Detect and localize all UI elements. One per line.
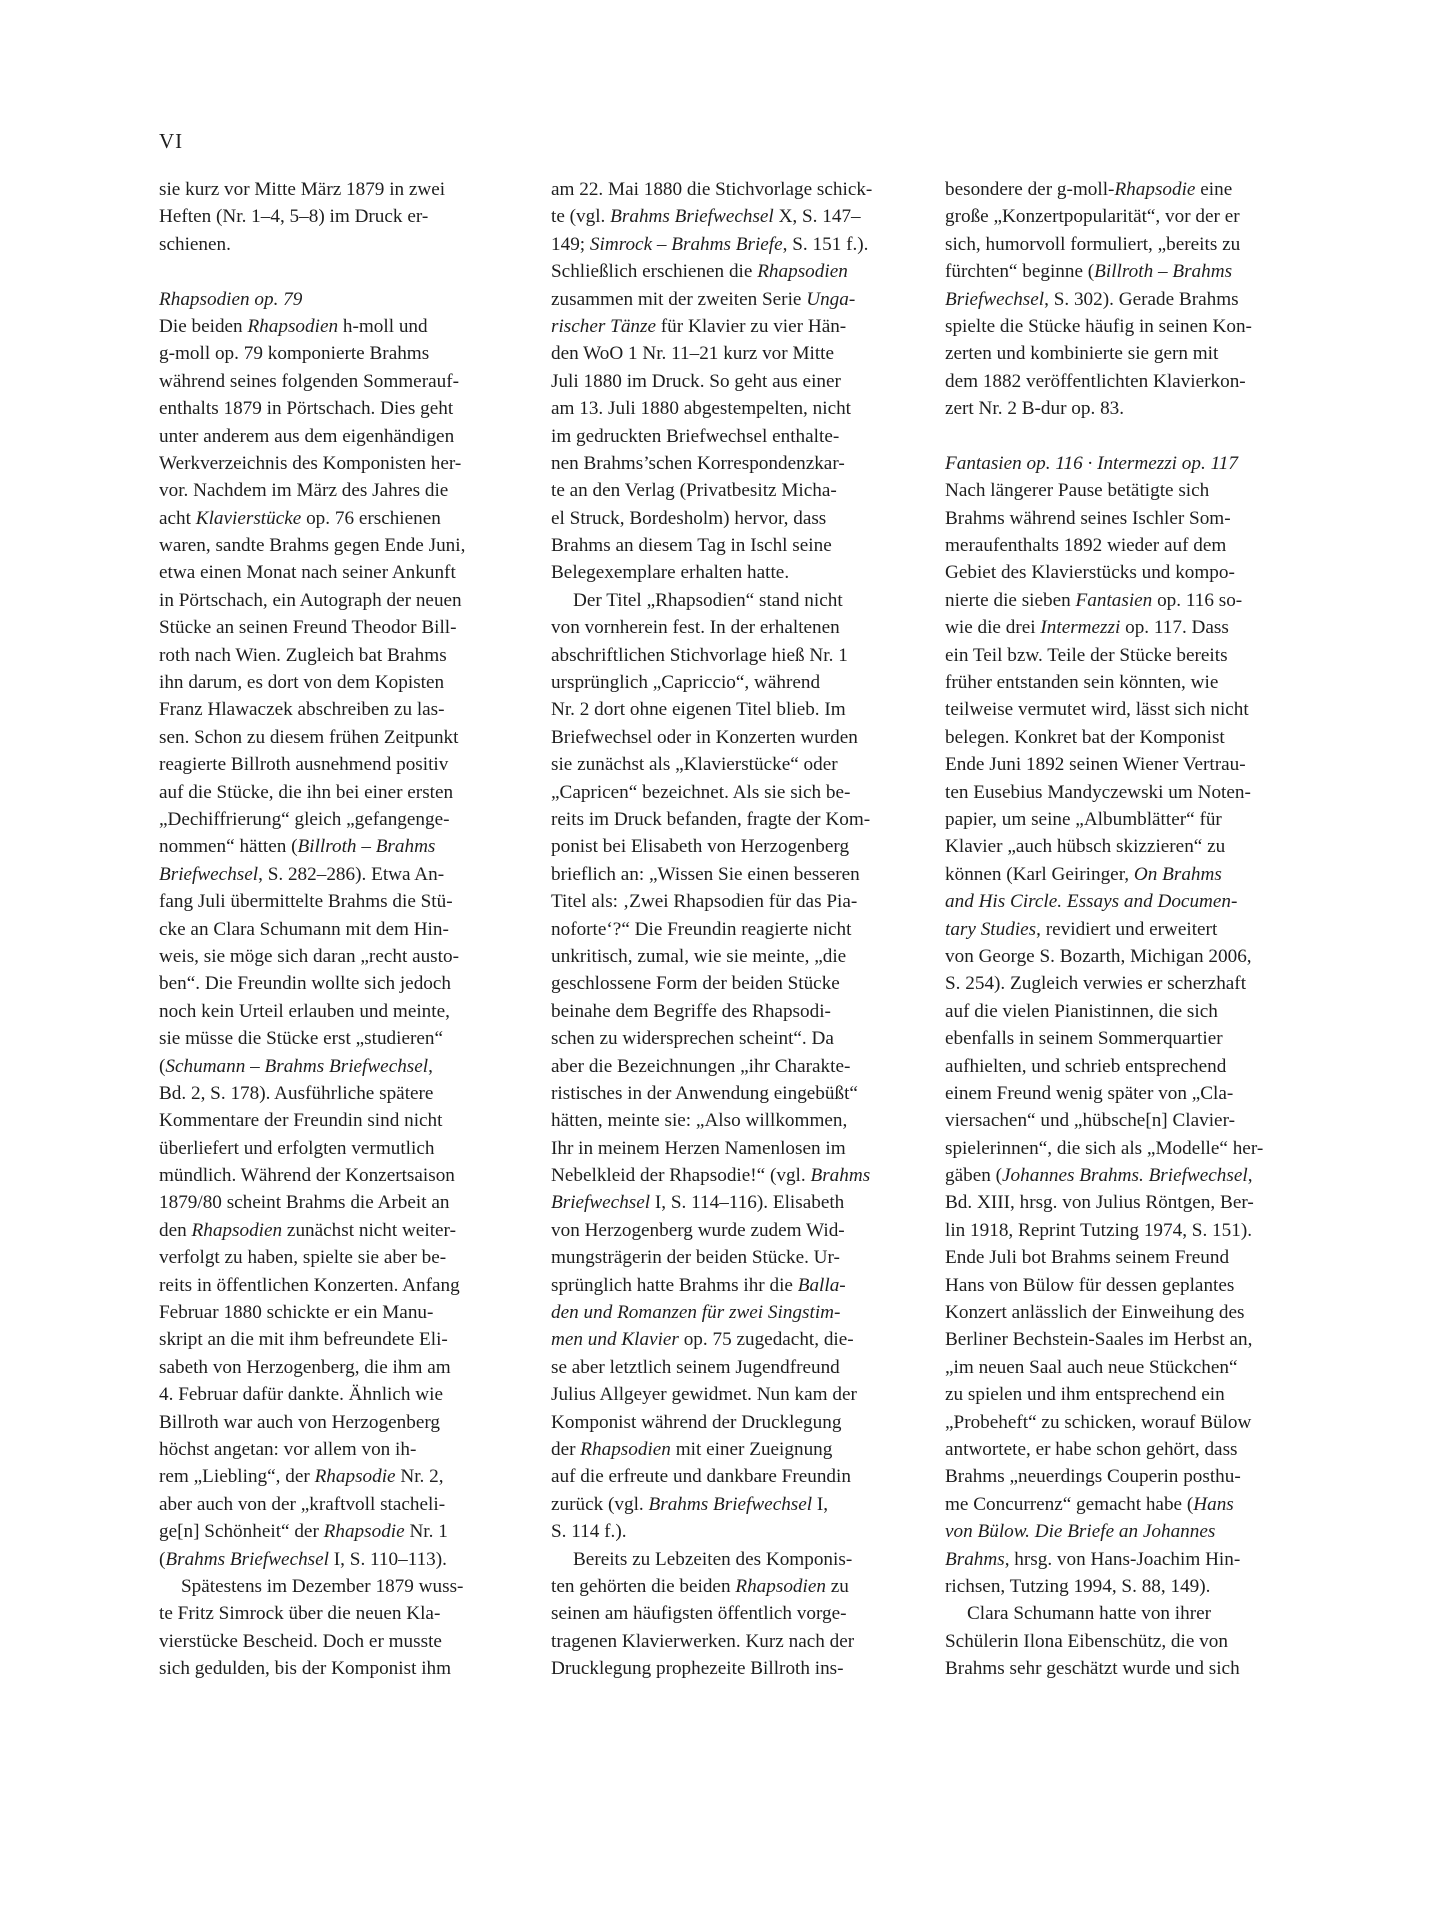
body-text: noch kein Urteil erlauben und meinte, — [159, 1001, 450, 1022]
text-line: ponist bei Elisabeth von Herzogenberg — [551, 833, 926, 860]
text-line: sich gedulden, bis der Komponist ihm — [159, 1655, 534, 1682]
body-text: sie zunächst als „Klavierstücke“ oder — [551, 754, 838, 775]
body-text: reits im Druck befanden, fragte der Kom- — [551, 809, 870, 830]
body-text: Ihr in meinem Herzen Namenlosen im — [551, 1138, 846, 1159]
body-text: 149; — [551, 234, 590, 255]
body-text: Der Titel „Rhapsodien“ stand nicht — [573, 590, 843, 611]
text-line: me Concurrenz“ gemacht habe (Hans — [945, 1491, 1320, 1518]
text-line: auf die erfreute und dankbare Freundin — [551, 1463, 926, 1490]
text-line: waren, sandte Brahms gegen Ende Juni, — [159, 532, 534, 559]
text-line: Titel als: ‚Zwei Rhapsodien für das Pia- — [551, 888, 926, 915]
body-text: , revidiert und erweitert — [1036, 919, 1217, 940]
text-line: Briefwechsel oder in Konzerten wurden — [551, 724, 926, 751]
text-line: ristisches in der Anwendung eingebüßt“ — [551, 1080, 926, 1107]
text-line: 1879/80 scheint Brahms die Arbeit an — [159, 1189, 534, 1216]
text-line: belegen. Konkret bat der Komponist — [945, 724, 1320, 751]
text-line: verfolgt zu haben, spielte sie aber be- — [159, 1244, 534, 1271]
text-line: Nach längerer Pause betätigte sich — [945, 477, 1320, 504]
italic-text: Brahms — [945, 1549, 1005, 1570]
text-line: unter anderem aus dem eigenhändigen — [159, 423, 534, 450]
body-text: während seines folgenden Sommerauf- — [159, 371, 459, 392]
body-text: höchst angetan: vor allem von ih- — [159, 1439, 416, 1460]
text-line: weis, sie möge sich daran „recht austo- — [159, 943, 534, 970]
body-text: nen Brahms’schen Korrespondenzkar- — [551, 453, 845, 474]
text-line: Stücke an seinen Freund Theodor Bill- — [159, 614, 534, 641]
body-text: Die beiden — [159, 316, 247, 337]
body-text: Ende Juni 1892 seinen Wiener Vertrau- — [945, 754, 1246, 775]
italic-text: Rhapsodien — [580, 1439, 671, 1460]
body-text: roth nach Wien. Zugleich bat Brahms — [159, 645, 447, 666]
text-line: große „Konzertpopularität“, vor der er — [945, 203, 1320, 230]
body-text: sich gedulden, bis der Komponist ihm — [159, 1658, 451, 1679]
text-line: (Brahms Briefwechsel I, S. 110–113). — [159, 1546, 534, 1573]
body-text: Februar 1880 schickte er ein Manu- — [159, 1302, 433, 1323]
body-text: Schülerin Ilona Eibenschütz, die von — [945, 1631, 1228, 1652]
text-line: ben“. Die Freundin wollte sich jedoch — [159, 970, 534, 997]
text-line: den WoO 1 Nr. 11–21 kurz vor Mitte — [551, 340, 926, 367]
text-line: nommen“ hätten (Billroth – Brahms — [159, 833, 534, 860]
body-text: aber die Bezeichnungen „ihr Charakte- — [551, 1056, 850, 1077]
body-text: skript an die mit ihm befreundete Eli- — [159, 1329, 448, 1350]
text-line: von George S. Bozarth, Michigan 2006, — [945, 943, 1320, 970]
text-line: reagierte Billroth ausnehmend positiv — [159, 751, 534, 778]
body-text: te (vgl. — [551, 206, 610, 227]
text-line: ihn darum, es dort von dem Kopisten — [159, 669, 534, 696]
italic-text: men und Klavier — [551, 1329, 679, 1350]
text-line: ten gehörten die beiden Rhapsodien zu — [551, 1573, 926, 1600]
text-line: dem 1882 veröffentlichten Klavierkon- — [945, 368, 1320, 395]
body-text: Belegexemplare erhalten hatte. — [551, 562, 789, 583]
text-line: von Herzogenberg wurde zudem Wid- — [551, 1217, 926, 1244]
body-text: X, S. 147– — [774, 206, 861, 227]
body-text: Ende Juli bot Brahms seinem Freund — [945, 1247, 1229, 1268]
italic-text: Billroth – Brahms — [298, 836, 436, 857]
body-text: Kommentare der Freundin sind nicht — [159, 1110, 442, 1131]
body-text: etwa einen Monat nach seiner Ankunft — [159, 562, 456, 583]
body-text: tragenen Klavierwerken. Kurz nach der — [551, 1631, 854, 1652]
body-text: ebenfalls in seinem Sommerquartier — [945, 1028, 1223, 1049]
body-text: g-moll op. 79 komponierte Brahms — [159, 343, 429, 364]
paragraph-gap — [945, 423, 1320, 450]
text-line: Schülerin Ilona Eibenschütz, die von — [945, 1628, 1320, 1655]
text-line: te an den Verlag (Privatbesitz Micha- — [551, 477, 926, 504]
text-line: der Rhapsodien mit einer Zueignung — [551, 1436, 926, 1463]
italic-text: Briefwechsel — [945, 289, 1044, 310]
body-text: acht — [159, 508, 196, 529]
body-text: vierstücke Bescheid. Doch er musste — [159, 1631, 442, 1652]
text-line: können (Karl Geiringer, On Brahms — [945, 861, 1320, 888]
text-line: unkritisch, zumal, wie sie meinte, „die — [551, 943, 926, 970]
body-text: zert Nr. 2 B-dur op. 83. — [945, 398, 1124, 419]
body-text: Klavier „auch hübsch skizzieren“ zu — [945, 836, 1225, 857]
body-text: „Dechiffrierung“ gleich „gefangenge- — [159, 809, 450, 830]
body-text: ten Eusebius Mandyczewski um Noten- — [945, 782, 1251, 803]
text-line: etwa einen Monat nach seiner Ankunft — [159, 559, 534, 586]
text-line: abschriftlichen Stichvorlage hieß Nr. 1 — [551, 642, 926, 669]
body-text: Stücke an seinen Freund Theodor Bill- — [159, 617, 457, 638]
text-line: reits in öffentlichen Konzerten. Anfang — [159, 1272, 534, 1299]
body-text: fang Juli übermittelte Brahms die Stü- — [159, 891, 453, 912]
italic-text: Briefwechsel — [159, 864, 258, 885]
text-line: 4. Februar dafür dankte. Ähnlich wie — [159, 1381, 534, 1408]
body-text: mungsträgerin der beiden Stücke. Ur- — [551, 1247, 840, 1268]
text-line: hätten, meinte sie: „Also willkommen, — [551, 1107, 926, 1134]
body-text: Schließlich erschienen die — [551, 261, 757, 282]
body-text: aufhielten, und schrieb entsprechend — [945, 1056, 1226, 1077]
text-line: schienen. — [159, 231, 534, 258]
body-text: Bereits zu Lebzeiten des Komponis- — [573, 1549, 852, 1570]
text-line: Julius Allgeyer gewidmet. Nun kam der — [551, 1381, 926, 1408]
body-text: sich, humorvoll formuliert, „bereits zu — [945, 234, 1240, 255]
text-line: Brahms „neuerdings Couperin posthu- — [945, 1463, 1320, 1490]
text-line: früher entstanden sein könnten, wie — [945, 669, 1320, 696]
body-text: me Concurrenz“ gemacht habe ( — [945, 1494, 1193, 1515]
body-text: ursprünglich „Capriccio“, während — [551, 672, 820, 693]
body-text: op. 76 erschienen — [301, 508, 441, 529]
body-text: Konzert anlässlich der Einweihung des — [945, 1302, 1244, 1323]
body-text: op. 117. Dass — [1120, 617, 1229, 638]
text-line: seinen am häufigsten öffentlich vorge- — [551, 1600, 926, 1627]
text-line: schen zu widersprechen scheint“. Da — [551, 1025, 926, 1052]
body-text: Briefwechsel oder in Konzerten wurden — [551, 727, 858, 748]
body-text: belegen. Konkret bat der Komponist — [945, 727, 1225, 748]
body-text: noforte‘?“ Die Freundin reagierte nicht — [551, 919, 851, 940]
text-line: nierte die sieben Fantasien op. 116 so- — [945, 587, 1320, 614]
body-text: cke an Clara Schumann mit dem Hin- — [159, 919, 449, 940]
body-text: brieflich an: „Wissen Sie einen besseren — [551, 864, 860, 885]
body-text: können (Karl Geiringer, — [945, 864, 1134, 885]
body-text: auf die vielen Pianistinnen, die sich — [945, 1001, 1218, 1022]
text-line: Kommentare der Freundin sind nicht — [159, 1107, 534, 1134]
text-line: ein Teil bzw. Teile der Stücke bereits — [945, 642, 1320, 669]
body-text: „Probeheft“ zu schicken, worauf Bülow — [945, 1412, 1251, 1433]
text-line: Briefwechsel, S. 282–286). Etwa An- — [159, 861, 534, 888]
text-line: lin 1918, Reprint Tutzing 1974, S. 151). — [945, 1217, 1320, 1244]
text-line: nen Brahms’schen Korrespondenzkar- — [551, 450, 926, 477]
text-line: Gebiet des Klavierstücks und kompo- — [945, 559, 1320, 586]
body-text: verfolgt zu haben, spielte sie aber be- — [159, 1247, 446, 1268]
italic-text: Fantasien — [1076, 590, 1153, 611]
body-text: I, — [812, 1494, 828, 1515]
body-text: weis, sie möge sich daran „recht austo- — [159, 946, 459, 967]
text-line: S. 114 f.). — [551, 1518, 926, 1545]
italic-text: Unga- — [806, 289, 855, 310]
text-line: Nebelkleid der Rhapsodie!“ (vgl. Brahms — [551, 1162, 926, 1189]
italic-text: rischer Tänze — [551, 316, 656, 337]
body-text: I, S. 114–116). Elisabeth — [650, 1192, 844, 1213]
body-text: Juli 1880 im Druck. So geht aus einer — [551, 371, 841, 392]
text-line: fang Juli übermittelte Brahms die Stü- — [159, 888, 534, 915]
italic-text: tary Studies — [945, 919, 1036, 940]
text-line: sen. Schon zu diesem frühen Zeitpunkt — [159, 724, 534, 751]
text-line: skript an die mit ihm befreundete Eli- — [159, 1326, 534, 1353]
body-text: Nach längerer Pause betätigte sich — [945, 480, 1209, 501]
italic-text: Rhapsodie — [1114, 179, 1195, 200]
body-text: reagierte Billroth ausnehmend positiv — [159, 754, 448, 775]
italic-text: Briefwechsel — [551, 1192, 650, 1213]
body-text: mit einer Zueignung — [671, 1439, 832, 1460]
body-text: Franz Hlawaczek abschreiben zu las- — [159, 699, 445, 720]
text-line: richsen, Tutzing 1994, S. 88, 149). — [945, 1573, 1320, 1600]
body-text: zu spielen und ihm entsprechend ein — [945, 1384, 1225, 1405]
body-text: te an den Verlag (Privatbesitz Micha- — [551, 480, 837, 501]
body-text: meraufenthalts 1892 wieder auf dem — [945, 535, 1226, 556]
body-text: Brahms an diesem Tag in Ischl seine — [551, 535, 832, 556]
body-text: Werkverzeichnis des Komponisten her- — [159, 453, 461, 474]
italic-text: Hans — [1193, 1494, 1234, 1515]
text-line: höchst angetan: vor allem von ih- — [159, 1436, 534, 1463]
text-line: ten Eusebius Mandyczewski um Noten- — [945, 779, 1320, 806]
body-text: abschriftlichen Stichvorlage hieß Nr. 1 — [551, 645, 848, 666]
body-text: Brahms während seines Ischler Som- — [945, 508, 1231, 529]
italic-text: Rhapsodie — [315, 1466, 396, 1487]
text-line: Drucklegung prophezeite Billroth ins- — [551, 1655, 926, 1682]
text-line: viersachen“ und „hübsche[n] Clavier- — [945, 1107, 1320, 1134]
body-text: Clara Schumann hatte von ihrer — [967, 1603, 1211, 1624]
body-text: Billroth war auch von Herzogenberg — [159, 1412, 440, 1433]
body-text: mündlich. Während der Konzertsaison — [159, 1165, 455, 1186]
italic-text: Brahms Briefwechsel — [165, 1549, 329, 1570]
italic-text: von Bülow. Die Briefe an Johannes — [945, 1521, 1215, 1542]
text-line: rischer Tänze für Klavier zu vier Hän- — [551, 313, 926, 340]
body-text: teilweise vermutet wird, lässt sich nich… — [945, 699, 1249, 720]
paragraph-gap — [159, 258, 534, 285]
body-text: ristisches in der Anwendung eingebüßt“ — [551, 1083, 858, 1104]
body-text: hätten, meinte sie: „Also willkommen, — [551, 1110, 847, 1131]
text-line: cke an Clara Schumann mit dem Hin- — [159, 916, 534, 943]
body-text: für Klavier zu vier Hän- — [656, 316, 846, 337]
text-line: Ihr in meinem Herzen Namenlosen im — [551, 1135, 926, 1162]
text-line: spielerinnen“, die sich als „Modelle“ he… — [945, 1135, 1320, 1162]
text-line: „Dechiffrierung“ gleich „gefangenge- — [159, 806, 534, 833]
text-line: am 13. Juli 1880 abgestempelten, nicht — [551, 395, 926, 422]
body-text: spielerinnen“, die sich als „Modelle“ he… — [945, 1138, 1263, 1159]
text-line: Schließlich erschienen die Rhapsodien — [551, 258, 926, 285]
body-text: , — [1248, 1165, 1253, 1186]
text-line: auf die vielen Pianistinnen, die sich — [945, 998, 1320, 1025]
body-text: von vornherein fest. In der erhaltenen — [551, 617, 840, 638]
body-text: zu — [826, 1576, 849, 1597]
text-line: se aber letztlich seinem Jugendfreund — [551, 1354, 926, 1381]
body-text: der — [551, 1439, 580, 1460]
text-line: Briefwechsel, S. 302). Gerade Brahms — [945, 286, 1320, 313]
body-text: am 13. Juli 1880 abgestempelten, nicht — [551, 398, 851, 419]
text-line: Spätestens im Dezember 1879 wuss- — [159, 1573, 534, 1600]
body-text: besondere der g-moll- — [945, 179, 1114, 200]
text-line: antwortete, er habe schon gehört, dass — [945, 1436, 1320, 1463]
body-text: Brahms „neuerdings Couperin posthu- — [945, 1466, 1241, 1487]
body-text: Brahms sehr geschätzt wurde und sich — [945, 1658, 1240, 1679]
body-text: 4. Februar dafür dankte. Ähnlich wie — [159, 1384, 443, 1405]
text-column-2: am 22. Mai 1880 die Stichvorlage schick-… — [551, 176, 926, 1682]
body-text: Komponist während der Drucklegung — [551, 1412, 841, 1433]
text-line: Bd. 2, S. 178). Ausführliche spätere — [159, 1080, 534, 1107]
body-text: Bd. XIII, hrsg. von Julius Röntgen, Ber- — [945, 1192, 1254, 1213]
body-text: Berliner Bechstein-Saales im Herbst an, — [945, 1329, 1252, 1350]
body-text: Titel als: ‚Zwei Rhapsodien für das Pia- — [551, 891, 857, 912]
text-line: g-moll op. 79 komponierte Brahms — [159, 340, 534, 367]
text-line: Billroth war auch von Herzogenberg — [159, 1409, 534, 1436]
body-text: von George S. Bozarth, Michigan 2006, — [945, 946, 1252, 967]
text-line: sich, humorvoll formuliert, „bereits zu — [945, 231, 1320, 258]
text-line: noforte‘?“ Die Freundin reagierte nicht — [551, 916, 926, 943]
body-text: schen zu widersprechen scheint“. Da — [551, 1028, 834, 1049]
body-text: Hans von Bülow für dessen geplantes — [945, 1275, 1234, 1296]
text-line: von Bülow. Die Briefe an Johannes — [945, 1518, 1320, 1545]
text-line: gäben (Johannes Brahms. Briefwechsel, — [945, 1162, 1320, 1189]
body-text: spielte die Stücke häufig in seinen Kon- — [945, 316, 1252, 337]
body-text: zusammen mit der zweiten Serie — [551, 289, 806, 310]
body-text: zerten und kombinierte sie gern mit — [945, 343, 1218, 364]
text-line: Fantasien op. 116 · Intermezzi op. 117 — [945, 450, 1320, 477]
body-text: wie die drei — [945, 617, 1040, 638]
italic-text: Brahms Briefwechsel — [610, 206, 774, 227]
text-line: S. 254). Zugleich verwies er scherzhaft — [945, 970, 1320, 997]
text-line: beinahe dem Begriffe des Rhapsodi- — [551, 998, 926, 1025]
text-line: Heften (Nr. 1–4, 5–8) im Druck er- — [159, 203, 534, 230]
body-text: schienen. — [159, 234, 231, 255]
body-text: papier, um seine „Albumblätter“ für — [945, 809, 1222, 830]
body-text: am 22. Mai 1880 die Stichvorlage schick- — [551, 179, 872, 200]
text-line: men und Klavier op. 75 zugedacht, die- — [551, 1326, 926, 1353]
text-line: geschlossene Form der beiden Stücke — [551, 970, 926, 997]
text-line: spielte die Stücke häufig in seinen Kon- — [945, 313, 1320, 340]
text-line: ursprünglich „Capriccio“, während — [551, 669, 926, 696]
body-text: richsen, Tutzing 1994, S. 88, 149). — [945, 1576, 1210, 1597]
italic-text: Klavierstücke — [196, 508, 302, 529]
body-text: 1879/80 scheint Brahms die Arbeit an — [159, 1192, 449, 1213]
text-line: te Fritz Simrock über die neuen Kla- — [159, 1600, 534, 1627]
text-line: sabeth von Herzogenberg, die ihm am — [159, 1354, 534, 1381]
body-text: Spätestens im Dezember 1879 wuss- — [181, 1576, 463, 1597]
text-line: aber die Bezeichnungen „ihr Charakte- — [551, 1053, 926, 1080]
text-line: (Schumann – Brahms Briefwechsel, — [159, 1053, 534, 1080]
body-text: , — [428, 1056, 433, 1077]
text-line: Bereits zu Lebzeiten des Komponis- — [551, 1546, 926, 1573]
body-text: gäben ( — [945, 1165, 1002, 1186]
body-text: , hrsg. von Hans-Joachim Hin- — [1005, 1549, 1241, 1570]
text-line: meraufenthalts 1892 wieder auf dem — [945, 532, 1320, 559]
text-line: Nr. 2 dort ohne eigenen Titel blieb. Im — [551, 696, 926, 723]
italic-text: Intermezzi — [1040, 617, 1120, 638]
body-text: den WoO 1 Nr. 11–21 kurz vor Mitte — [551, 343, 834, 364]
italic-text: and His Circle. Essays and Documen- — [945, 891, 1237, 912]
body-text: Drucklegung prophezeite Billroth ins- — [551, 1658, 844, 1679]
text-line: vor. Nachdem im März des Jahres die — [159, 477, 534, 504]
body-text: reits in öffentlichen Konzerten. Anfang — [159, 1275, 460, 1296]
text-line: Clara Schumann hatte von ihrer — [945, 1600, 1320, 1627]
text-line: Brahms während seines Ischler Som- — [945, 505, 1320, 532]
body-text: op. 116 so- — [1152, 590, 1242, 611]
text-line: tragenen Klavierwerken. Kurz nach der — [551, 1628, 926, 1655]
text-line: and His Circle. Essays and Documen- — [945, 888, 1320, 915]
body-text: große „Konzertpopularität“, vor der er — [945, 206, 1240, 227]
body-text: „im neuen Saal auch neue Stückchen“ — [945, 1357, 1238, 1378]
body-text: auf die erfreute und dankbare Freundin — [551, 1466, 851, 1487]
text-line: Februar 1880 schickte er ein Manu- — [159, 1299, 534, 1326]
italic-text: Billroth – Brahms — [1094, 261, 1232, 282]
text-line: wie die drei Intermezzi op. 117. Dass — [945, 614, 1320, 641]
body-text: Bd. 2, S. 178). Ausführliche spätere — [159, 1083, 433, 1104]
text-line: Klavier „auch hübsch skizzieren“ zu — [945, 833, 1320, 860]
body-text: unter anderem aus dem eigenhändigen — [159, 426, 454, 447]
body-text: S. 254). Zugleich verwies er scherzhaft — [945, 973, 1246, 994]
italic-text: Johannes Brahms. Briefwechsel — [1002, 1165, 1248, 1186]
text-line: zerten und kombinierte sie gern mit — [945, 340, 1320, 367]
text-line: aber auch von der „kraftvoll stacheli- — [159, 1491, 534, 1518]
body-text: , S. 282–286). Etwa An- — [258, 864, 444, 885]
italic-text: Simrock – Brahms Briefe — [590, 234, 783, 255]
text-line: Konzert anlässlich der Einweihung des — [945, 1299, 1320, 1326]
body-text: sie müsse die Stücke erst „studieren“ — [159, 1028, 443, 1049]
body-text: ten gehörten die beiden — [551, 1576, 735, 1597]
body-text: zurück (vgl. — [551, 1494, 649, 1515]
body-text: auf die Stücke, die ihn bei einer ersten — [159, 782, 453, 803]
text-line: brieflich an: „Wissen Sie einen besseren — [551, 861, 926, 888]
body-text: antwortete, er habe schon gehört, dass — [945, 1439, 1238, 1460]
text-line: Brahms sehr geschätzt wurde und sich — [945, 1655, 1320, 1682]
text-line: „Capricen“ bezeichnet. Als sie sich be- — [551, 779, 926, 806]
body-text: I, S. 110–113). — [329, 1549, 447, 1570]
text-line: Brahms an diesem Tag in Ischl seine — [551, 532, 926, 559]
body-text: ge[n] Schönheit“ der — [159, 1521, 324, 1542]
text-line: Hans von Bülow für dessen geplantes — [945, 1272, 1320, 1299]
text-line: vierstücke Bescheid. Doch er musste — [159, 1628, 534, 1655]
text-column-1: sie kurz vor Mitte März 1879 in zweiHeft… — [159, 176, 534, 1682]
body-text: „Capricen“ bezeichnet. Als sie sich be- — [551, 782, 850, 803]
body-text: früher entstanden sein könnten, wie — [945, 672, 1218, 693]
body-text: h-moll und — [338, 316, 428, 337]
body-text: , S. 151 f.). — [783, 234, 869, 255]
body-text: se aber letztlich seinem Jugendfreund — [551, 1357, 840, 1378]
text-line: Juli 1880 im Druck. So geht aus einer — [551, 368, 926, 395]
body-text: op. 75 zugedacht, die- — [679, 1329, 854, 1350]
text-line: Briefwechsel I, S. 114–116). Elisabeth — [551, 1189, 926, 1216]
body-text: Nr. 1 — [405, 1521, 448, 1542]
text-line: zurück (vgl. Brahms Briefwechsel I, — [551, 1491, 926, 1518]
text-line: Ende Juli bot Brahms seinem Freund — [945, 1244, 1320, 1271]
text-line: Bd. XIII, hrsg. von Julius Röntgen, Ber- — [945, 1189, 1320, 1216]
text-line: Brahms, hrsg. von Hans-Joachim Hin- — [945, 1546, 1320, 1573]
italic-text: Brahms Briefwechsel — [649, 1494, 813, 1515]
body-text: von Herzogenberg wurde zudem Wid- — [551, 1220, 845, 1241]
text-line: Rhapsodien op. 79 — [159, 286, 534, 313]
italic-text: On Brahms — [1134, 864, 1222, 885]
text-line: Berliner Bechstein-Saales im Herbst an, — [945, 1326, 1320, 1353]
body-text: sprünglich hatte Brahms ihr die — [551, 1275, 798, 1296]
text-line: tary Studies, revidiert und erweitert — [945, 916, 1320, 943]
body-text: aber auch von der „kraftvoll stacheli- — [159, 1494, 445, 1515]
italic-text: Balla- — [798, 1275, 846, 1296]
body-text: sen. Schon zu diesem frühen Zeitpunkt — [159, 727, 458, 748]
italic-text: Schumann – Brahms Briefwechsel — [165, 1056, 428, 1077]
text-line: Der Titel „Rhapsodien“ stand nicht — [551, 587, 926, 614]
body-text: nierte die sieben — [945, 590, 1076, 611]
italic-text: Fantasien op. 116 · Intermezzi op. 117 — [945, 453, 1238, 474]
text-line: 149; Simrock – Brahms Briefe, S. 151 f.)… — [551, 231, 926, 258]
text-line: auf die Stücke, die ihn bei einer ersten — [159, 779, 534, 806]
body-text: Nr. 2, — [396, 1466, 444, 1487]
text-column-3: besondere der g-moll-Rhapsodie einegroße… — [945, 176, 1320, 1682]
text-line: aufhielten, und schrieb entsprechend — [945, 1053, 1320, 1080]
body-text: ben“. Die Freundin wollte sich jedoch — [159, 973, 451, 994]
italic-text: Rhapsodien — [735, 1576, 826, 1597]
text-line: roth nach Wien. Zugleich bat Brahms — [159, 642, 534, 669]
body-text: , S. 302). Gerade Brahms — [1044, 289, 1239, 310]
text-line: Belegexemplare erhalten hatte. — [551, 559, 926, 586]
text-line: besondere der g-moll-Rhapsodie eine — [945, 176, 1320, 203]
body-text: Gebiet des Klavierstücks und kompo- — [945, 562, 1235, 583]
